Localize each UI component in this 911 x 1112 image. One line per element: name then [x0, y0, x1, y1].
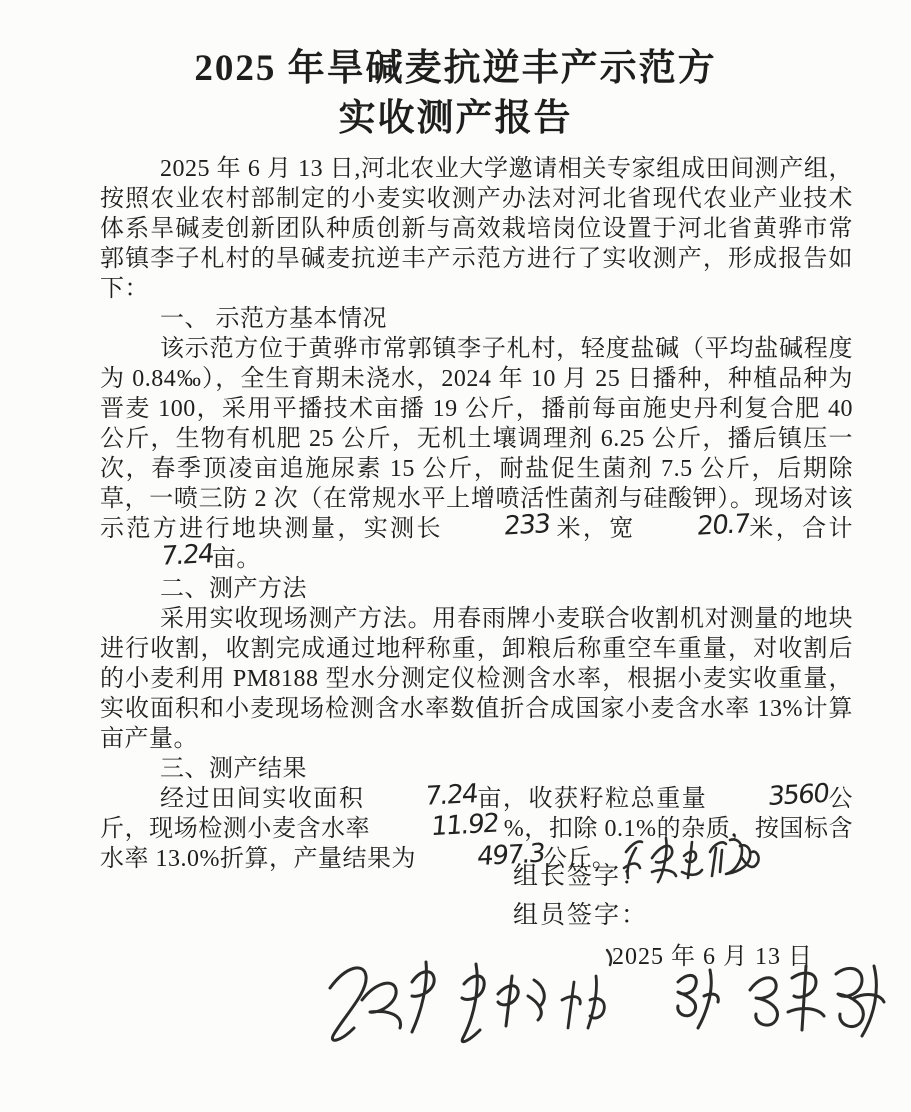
- paragraph-text: 米，合计: [748, 516, 854, 542]
- report-title: 2025 年旱碱麦抗逆丰产示范方 实收测产报告: [0, 0, 911, 144]
- paragraph-text: 2025 年 6 月 13 日,河北农业大学邀请相关专家组成田间测产组，按照农业…: [100, 156, 853, 302]
- paragraph-text: 经过田间实收面积: [160, 786, 364, 812]
- document-page: 2025 年旱碱麦抗逆丰产示范方 实收测产报告 2025 年 6 月 13 日,…: [0, 0, 911, 1112]
- section-heading-2: 二、测产方法: [100, 574, 853, 604]
- paragraph-basic-info: 该示范方位于黄骅市常郭镇李子札村，轻度盐碱（平均盐碱程度为 0.84‰），全生育…: [100, 334, 853, 574]
- handwritten-field-length: 233: [443, 511, 550, 543]
- heading-text: 三、测产结果: [160, 756, 307, 782]
- paragraph-text: 米，宽: [548, 516, 636, 542]
- paragraph-text: 亩。: [212, 546, 261, 572]
- handwritten-field-width: 20.7: [636, 511, 750, 543]
- paragraph-method: 采用实收现场测产方法。用春雨牌小麦联合收割机对测量的地块进行收割，收割完成通过地…: [100, 604, 853, 754]
- heading-text: 一、 示范方基本情况: [160, 306, 387, 332]
- paragraph-intro: 2025 年 6 月 13 日,河北农业大学邀请相关专家组成田间测产组，按照农业…: [100, 154, 853, 304]
- section-heading-1: 一、 示范方基本情况: [100, 304, 853, 334]
- member-signature-label: 组员签字：: [513, 895, 648, 931]
- handwritten-harvest-area: 7.24: [364, 781, 478, 813]
- leader-signature-handwriting: [616, 828, 764, 892]
- report-title-line2: 实收测产报告: [0, 94, 911, 144]
- handwritten-grain-weight: 3560: [707, 781, 829, 813]
- paragraph-text: 亩，收获籽粒总重量: [476, 786, 707, 812]
- paragraph-text: 采用实收现场测产方法。用春雨牌小麦联合收割机对测量的地块进行收割，收割完成通过地…: [100, 606, 853, 752]
- report-title-line1: 2025 年旱碱麦抗逆丰产示范方: [0, 44, 911, 94]
- member-signatures-handwriting: [312, 946, 911, 1058]
- handwritten-moisture: 11.92: [370, 811, 499, 844]
- handwritten-field-area: 7.24: [100, 541, 214, 573]
- heading-text: 二、测产方法: [160, 576, 307, 602]
- report-body: 2025 年 6 月 13 日,河北农业大学邀请相关专家组成田间测产组，按照农业…: [100, 154, 853, 874]
